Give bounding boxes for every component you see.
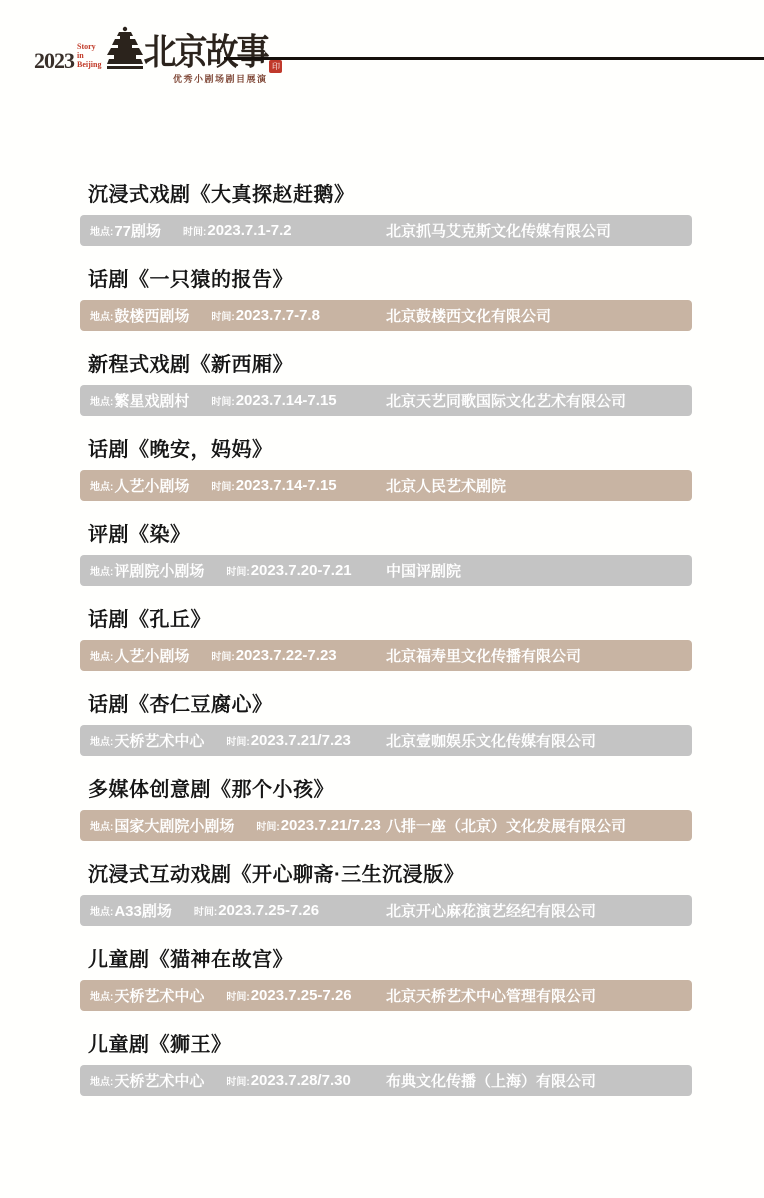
company-name: 八排一座（北京）文化发展有限公司 — [386, 815, 626, 836]
performance-entry: 话剧《一只猿的报告》 地点: 鼓楼西剧场 时间: 2023.7.7-7.8 北京… — [0, 263, 764, 322]
company-name: 布典文化传播（上海）有限公司 — [386, 1070, 596, 1091]
time-label: 时间: — [226, 988, 249, 1003]
performance-entry: 新程式戏剧《新西厢》 地点: 繁星戏剧村 时间: 2023.7.14-7.15 … — [0, 348, 764, 407]
company-name: 北京抓马艾克斯文化传媒有限公司 — [386, 220, 611, 241]
company-name: 北京天桥艺术中心管理有限公司 — [386, 985, 596, 1006]
performance-info-bar: 地点: 繁星戏剧村 时间: 2023.7.14-7.15 北京天艺同歌国际文化艺… — [80, 385, 692, 416]
venue-value: 人艺小剧场 — [114, 645, 189, 666]
performance-title: 沉浸式戏剧《大真探赵赶鹅》 — [88, 178, 764, 207]
venue-label: 地点: — [90, 223, 113, 238]
venue-value: 77剧场 — [114, 220, 161, 241]
performance-entry: 儿童剧《狮王》 地点: 天桥艺术中心 时间: 2023.7.28/7.30 布典… — [0, 1028, 764, 1087]
logo-year: 2023 — [34, 48, 74, 74]
logo-story-line2: in — [77, 51, 84, 60]
venue-value: 天桥艺术中心 — [114, 730, 204, 751]
venue-time-group: 地点: 人艺小剧场 时间: 2023.7.14-7.15 — [90, 475, 386, 496]
header-divider-line — [224, 57, 764, 60]
company-name: 北京天艺同歌国际文化艺术有限公司 — [386, 390, 626, 411]
venue-time-group: 地点: 人艺小剧场 时间: 2023.7.22-7.23 — [90, 645, 386, 666]
performance-info-bar: 地点: 人艺小剧场 时间: 2023.7.14-7.15 北京人民艺术剧院 — [80, 470, 692, 501]
performance-title: 话剧《一只猿的报告》 — [88, 263, 764, 292]
time-value: 2023.7.1-7.2 — [207, 222, 291, 239]
venue-value: 天桥艺术中心 — [114, 985, 204, 1006]
time-value: 2023.7.22-7.23 — [236, 647, 337, 664]
logo-main-title: 北京故事 — [143, 34, 267, 74]
venue-value: A33剧场 — [114, 900, 172, 921]
performance-title: 话剧《孔丘》 — [88, 603, 764, 632]
venue-time-group: 地点: 天桥艺术中心 时间: 2023.7.25-7.26 — [90, 985, 386, 1006]
performance-title: 新程式戏剧《新西厢》 — [88, 348, 764, 377]
time-value: 2023.7.14-7.15 — [236, 477, 337, 494]
venue-time-group: 地点: 77剧场 时间: 2023.7.1-7.2 — [90, 220, 386, 241]
performance-title: 儿童剧《狮王》 — [88, 1028, 764, 1057]
time-label: 时间: — [211, 478, 234, 493]
company-name: 中国评剧院 — [386, 560, 461, 581]
temple-of-heaven-icon — [105, 26, 145, 72]
venue-time-group: 地点: 国家大剧院小剧场 时间: 2023.7.21/7.23 — [90, 815, 386, 836]
venue-label: 地点: — [90, 733, 113, 748]
performance-title: 沉浸式互动戏剧《开心聊斋·三生沉浸版》 — [88, 858, 764, 887]
company-name: 北京壹咖娱乐文化传媒有限公司 — [386, 730, 596, 751]
venue-label: 地点: — [90, 393, 113, 408]
time-label: 时间: — [256, 818, 279, 833]
performance-entry: 儿童剧《猫神在故宫》 地点: 天桥艺术中心 时间: 2023.7.25-7.26… — [0, 943, 764, 1002]
time-label: 时间: — [211, 648, 234, 663]
venue-label: 地点: — [90, 308, 113, 323]
performance-entry: 话剧《杏仁豆腐心》 地点: 天桥艺术中心 时间: 2023.7.21/7.23 … — [0, 688, 764, 747]
performance-entry: 话剧《孔丘》 地点: 人艺小剧场 时间: 2023.7.22-7.23 北京福寿… — [0, 603, 764, 662]
time-label: 时间: — [226, 733, 249, 748]
performance-info-bar: 地点: 77剧场 时间: 2023.7.1-7.2 北京抓马艾克斯文化传媒有限公… — [80, 215, 692, 246]
venue-value: 繁星戏剧村 — [114, 390, 189, 411]
performance-info-bar: 地点: 天桥艺术中心 时间: 2023.7.28/7.30 布典文化传播（上海）… — [80, 1065, 692, 1096]
venue-value: 评剧院小剧场 — [114, 560, 204, 581]
venue-time-group: 地点: 鼓楼西剧场 时间: 2023.7.7-7.8 — [90, 305, 386, 326]
performance-info-bar: 地点: 国家大剧院小剧场 时间: 2023.7.21/7.23 八排一座（北京）… — [80, 810, 692, 841]
performance-title: 多媒体创意剧《那个小孩》 — [88, 773, 764, 802]
time-label: 时间: — [211, 308, 234, 323]
venue-label: 地点: — [90, 478, 113, 493]
performance-title: 话剧《杏仁豆腐心》 — [88, 688, 764, 717]
company-name: 北京鼓楼西文化有限公司 — [386, 305, 551, 326]
time-value: 2023.7.20-7.21 — [251, 562, 352, 579]
venue-time-group: 地点: A33剧场 时间: 2023.7.25-7.26 — [90, 900, 386, 921]
page-header: 2023 Story in Beijing — [0, 0, 764, 150]
time-value: 2023.7.21/7.23 — [281, 817, 381, 834]
performance-title: 评剧《染》 — [88, 518, 764, 547]
logo-story-line1: Story — [77, 42, 96, 51]
time-label: 时间: — [183, 223, 206, 238]
performance-entry: 话剧《晚安，妈妈》 地点: 人艺小剧场 时间: 2023.7.14-7.15 北… — [0, 433, 764, 492]
logo-story-text: Story in Beijing — [77, 42, 101, 70]
time-value: 2023.7.14-7.15 — [236, 392, 337, 409]
logo-tagline: 优秀小剧场剧目展演 — [173, 72, 268, 85]
time-label: 时间: — [226, 563, 249, 578]
performance-entry: 评剧《染》 地点: 评剧院小剧场 时间: 2023.7.20-7.21 中国评剧… — [0, 518, 764, 577]
company-name: 北京人民艺术剧院 — [386, 475, 506, 496]
performance-entry: 沉浸式戏剧《大真探赵赶鹅》 地点: 77剧场 时间: 2023.7.1-7.2 … — [0, 178, 764, 237]
venue-label: 地点: — [90, 563, 113, 578]
venue-label: 地点: — [90, 903, 113, 918]
company-name: 北京开心麻花演艺经纪有限公司 — [386, 900, 596, 921]
performance-info-bar: 地点: 评剧院小剧场 时间: 2023.7.20-7.21 中国评剧院 — [80, 555, 692, 586]
performance-info-bar: 地点: 天桥艺术中心 时间: 2023.7.21/7.23 北京壹咖娱乐文化传媒… — [80, 725, 692, 756]
logo-calligraphy-block: 北京故事 优秀小剧场剧目展演 — [105, 26, 267, 85]
time-label: 时间: — [194, 903, 217, 918]
venue-time-group: 地点: 天桥艺术中心 时间: 2023.7.28/7.30 — [90, 1070, 386, 1091]
venue-value: 国家大剧院小剧场 — [114, 815, 234, 836]
time-value: 2023.7.25-7.26 — [218, 902, 319, 919]
time-value: 2023.7.7-7.8 — [236, 307, 320, 324]
red-seal-icon: 印 — [269, 60, 282, 73]
venue-time-group: 地点: 繁星戏剧村 时间: 2023.7.14-7.15 — [90, 390, 386, 411]
venue-label: 地点: — [90, 988, 113, 1003]
time-value: 2023.7.28/7.30 — [251, 1072, 351, 1089]
time-label: 时间: — [211, 393, 234, 408]
performance-info-bar: 地点: A33剧场 时间: 2023.7.25-7.26 北京开心麻花演艺经纪有… — [80, 895, 692, 926]
performance-title: 话剧《晚安，妈妈》 — [88, 433, 764, 462]
time-value: 2023.7.25-7.26 — [251, 987, 352, 1004]
performance-info-bar: 地点: 人艺小剧场 时间: 2023.7.22-7.23 北京福寿里文化传播有限… — [80, 640, 692, 671]
performance-info-bar: 地点: 天桥艺术中心 时间: 2023.7.25-7.26 北京天桥艺术中心管理… — [80, 980, 692, 1011]
venue-time-group: 地点: 天桥艺术中心 时间: 2023.7.21/7.23 — [90, 730, 386, 751]
performance-info-bar: 地点: 鼓楼西剧场 时间: 2023.7.7-7.8 北京鼓楼西文化有限公司 — [80, 300, 692, 331]
logo-story-line3: Beijing — [77, 60, 101, 69]
venue-time-group: 地点: 评剧院小剧场 时间: 2023.7.20-7.21 — [90, 560, 386, 581]
performance-entry: 多媒体创意剧《那个小孩》 地点: 国家大剧院小剧场 时间: 2023.7.21/… — [0, 773, 764, 832]
performance-title: 儿童剧《猫神在故宫》 — [88, 943, 764, 972]
time-value: 2023.7.21/7.23 — [251, 732, 351, 749]
performance-list: 沉浸式戏剧《大真探赵赶鹅》 地点: 77剧场 时间: 2023.7.1-7.2 … — [0, 178, 764, 1113]
venue-label: 地点: — [90, 818, 113, 833]
venue-value: 人艺小剧场 — [114, 475, 189, 496]
venue-value: 鼓楼西剧场 — [114, 305, 189, 326]
festival-logo: 2023 Story in Beijing — [34, 26, 282, 85]
time-label: 时间: — [226, 1073, 249, 1088]
venue-label: 地点: — [90, 1073, 113, 1088]
performance-entry: 沉浸式互动戏剧《开心聊斋·三生沉浸版》 地点: A33剧场 时间: 2023.7… — [0, 858, 764, 917]
venue-label: 地点: — [90, 648, 113, 663]
venue-value: 天桥艺术中心 — [114, 1070, 204, 1091]
company-name: 北京福寿里文化传播有限公司 — [386, 645, 581, 666]
